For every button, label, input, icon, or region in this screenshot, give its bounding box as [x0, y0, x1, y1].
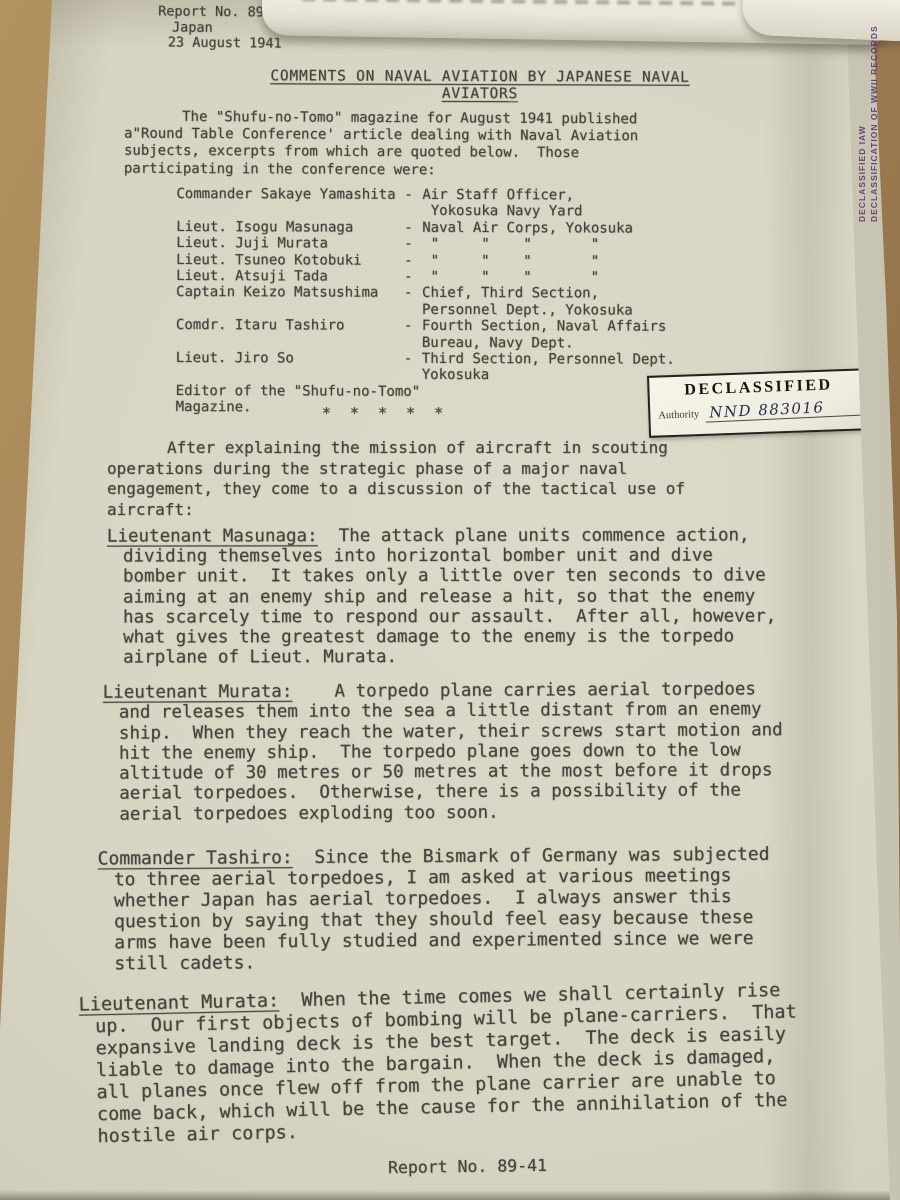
participant-row: Comdr. Itaru Tashiro - Fourth Section, N… — [176, 317, 756, 352]
speaker-name: Commander Tashiro: — [98, 847, 293, 869]
speech-murata-1: Lieutenant Murata: A torpedo plane carri… — [103, 679, 784, 825]
participant-role: Chief, Third Section, Personnel Dept., Y… — [422, 285, 756, 319]
speech-tashiro: Commander Tashiro: Since the Bismark of … — [98, 844, 797, 975]
participant-name: Lieut. Isogu Masunaga — [176, 219, 404, 236]
participant-row: Lieut. Tsuneo Kotobuki - " " " " — [176, 252, 756, 270]
participant-role: Fourth Section, Naval Affairs Bureau, Na… — [422, 318, 756, 352]
intro-paragraph: The "Shufu-no-Tomo" magazine for August … — [124, 109, 648, 181]
participant-dash: - — [404, 269, 422, 285]
participant-role: Naval Air Corps, Yokosuka — [422, 220, 756, 238]
participant-dash: - — [404, 252, 422, 268]
speaker-name: Lieutenant Murata: — [103, 682, 293, 703]
participant-row: Captain Keizo Matsushima - Chief, Third … — [176, 284, 756, 319]
participant-name: Lieut. Juji Murata — [176, 235, 404, 252]
footer-report-number: Report No. 89-41 — [388, 1156, 547, 1177]
participant-dash: - — [404, 285, 422, 301]
participant-row: Lieut. Juji Murata - " " " " — [176, 235, 756, 253]
participant-role: " " " " — [422, 236, 756, 254]
participant-role: " " " " — [422, 252, 756, 270]
participant-role: " " " " — [422, 269, 756, 287]
participant-dash: - — [404, 351, 422, 367]
bottom-shadow — [0, 1190, 900, 1200]
participant-name: Lieut. Jiro So — [176, 350, 404, 367]
participant-name: Lieut. Atsuji Tada — [176, 268, 404, 285]
speech-masunaga: Lieutenant Masunaga: The attack plane un… — [107, 525, 785, 668]
speech-text: The attack plane units commence action, … — [123, 525, 787, 667]
declassified-sticker: DECLASSIFIED Authority NND 883016 — [647, 368, 871, 438]
side-declassification-stamp: DECLASSIFIED IAW DECLASSIFICATION OF WWI… — [856, 4, 894, 222]
participant-name: Commander Sakaye Yamashita — [176, 186, 404, 203]
title-line-1: COMMENTS ON NAVAL AVIATION BY JAPANESE N… — [270, 68, 689, 85]
participant-name: Captain Keizo Matsushima — [176, 284, 404, 301]
participant-dash: - — [404, 236, 422, 252]
speaker-name: Lieutenant Murata: — [78, 990, 279, 1015]
authority-handwritten-value: NND 883016 — [705, 397, 861, 423]
participant-name: Lieut. Tsuneo Kotobuki — [176, 252, 404, 269]
side-stamp-line-2: DECLASSIFICATION OF WWII RECORDS — [868, 4, 880, 222]
document-title: COMMENTS ON NAVAL AVIATION BY JAPANESE N… — [175, 68, 785, 104]
side-stamp-line-1: DECLASSIFIED IAW — [856, 4, 868, 222]
participant-name: Comdr. Itaru Tashiro — [176, 317, 404, 334]
title-line-2: AVIATORS — [442, 86, 518, 102]
participant-dash: - — [404, 220, 422, 236]
participant-dash: - — [404, 187, 422, 203]
participant-role: Air Staff Officer, Yokosuka Navy Yard — [422, 187, 756, 221]
separator-asterisks: * * * * * — [300, 404, 470, 422]
participant-row: Commander Sakaye Yamashita - Air Staff O… — [176, 186, 756, 221]
speaker-name: Lieutenant Masunaga: — [107, 526, 318, 546]
participant-dash: - — [404, 318, 422, 334]
scanned-document-photo: { "side_label": { "line1": "DECLASSIFIED… — [0, 0, 900, 1200]
authority-label: Authority — [658, 409, 699, 423]
report-date: 23 August 1941 — [158, 35, 288, 52]
document-page: Report No. 89-41 Japan 23 August 1941 CO… — [0, 0, 900, 1200]
lead-in-paragraph: After explaining the mission of aircraft… — [107, 438, 724, 520]
speech-murata-2: Lieutenant Murata: When the time comes w… — [78, 979, 805, 1148]
